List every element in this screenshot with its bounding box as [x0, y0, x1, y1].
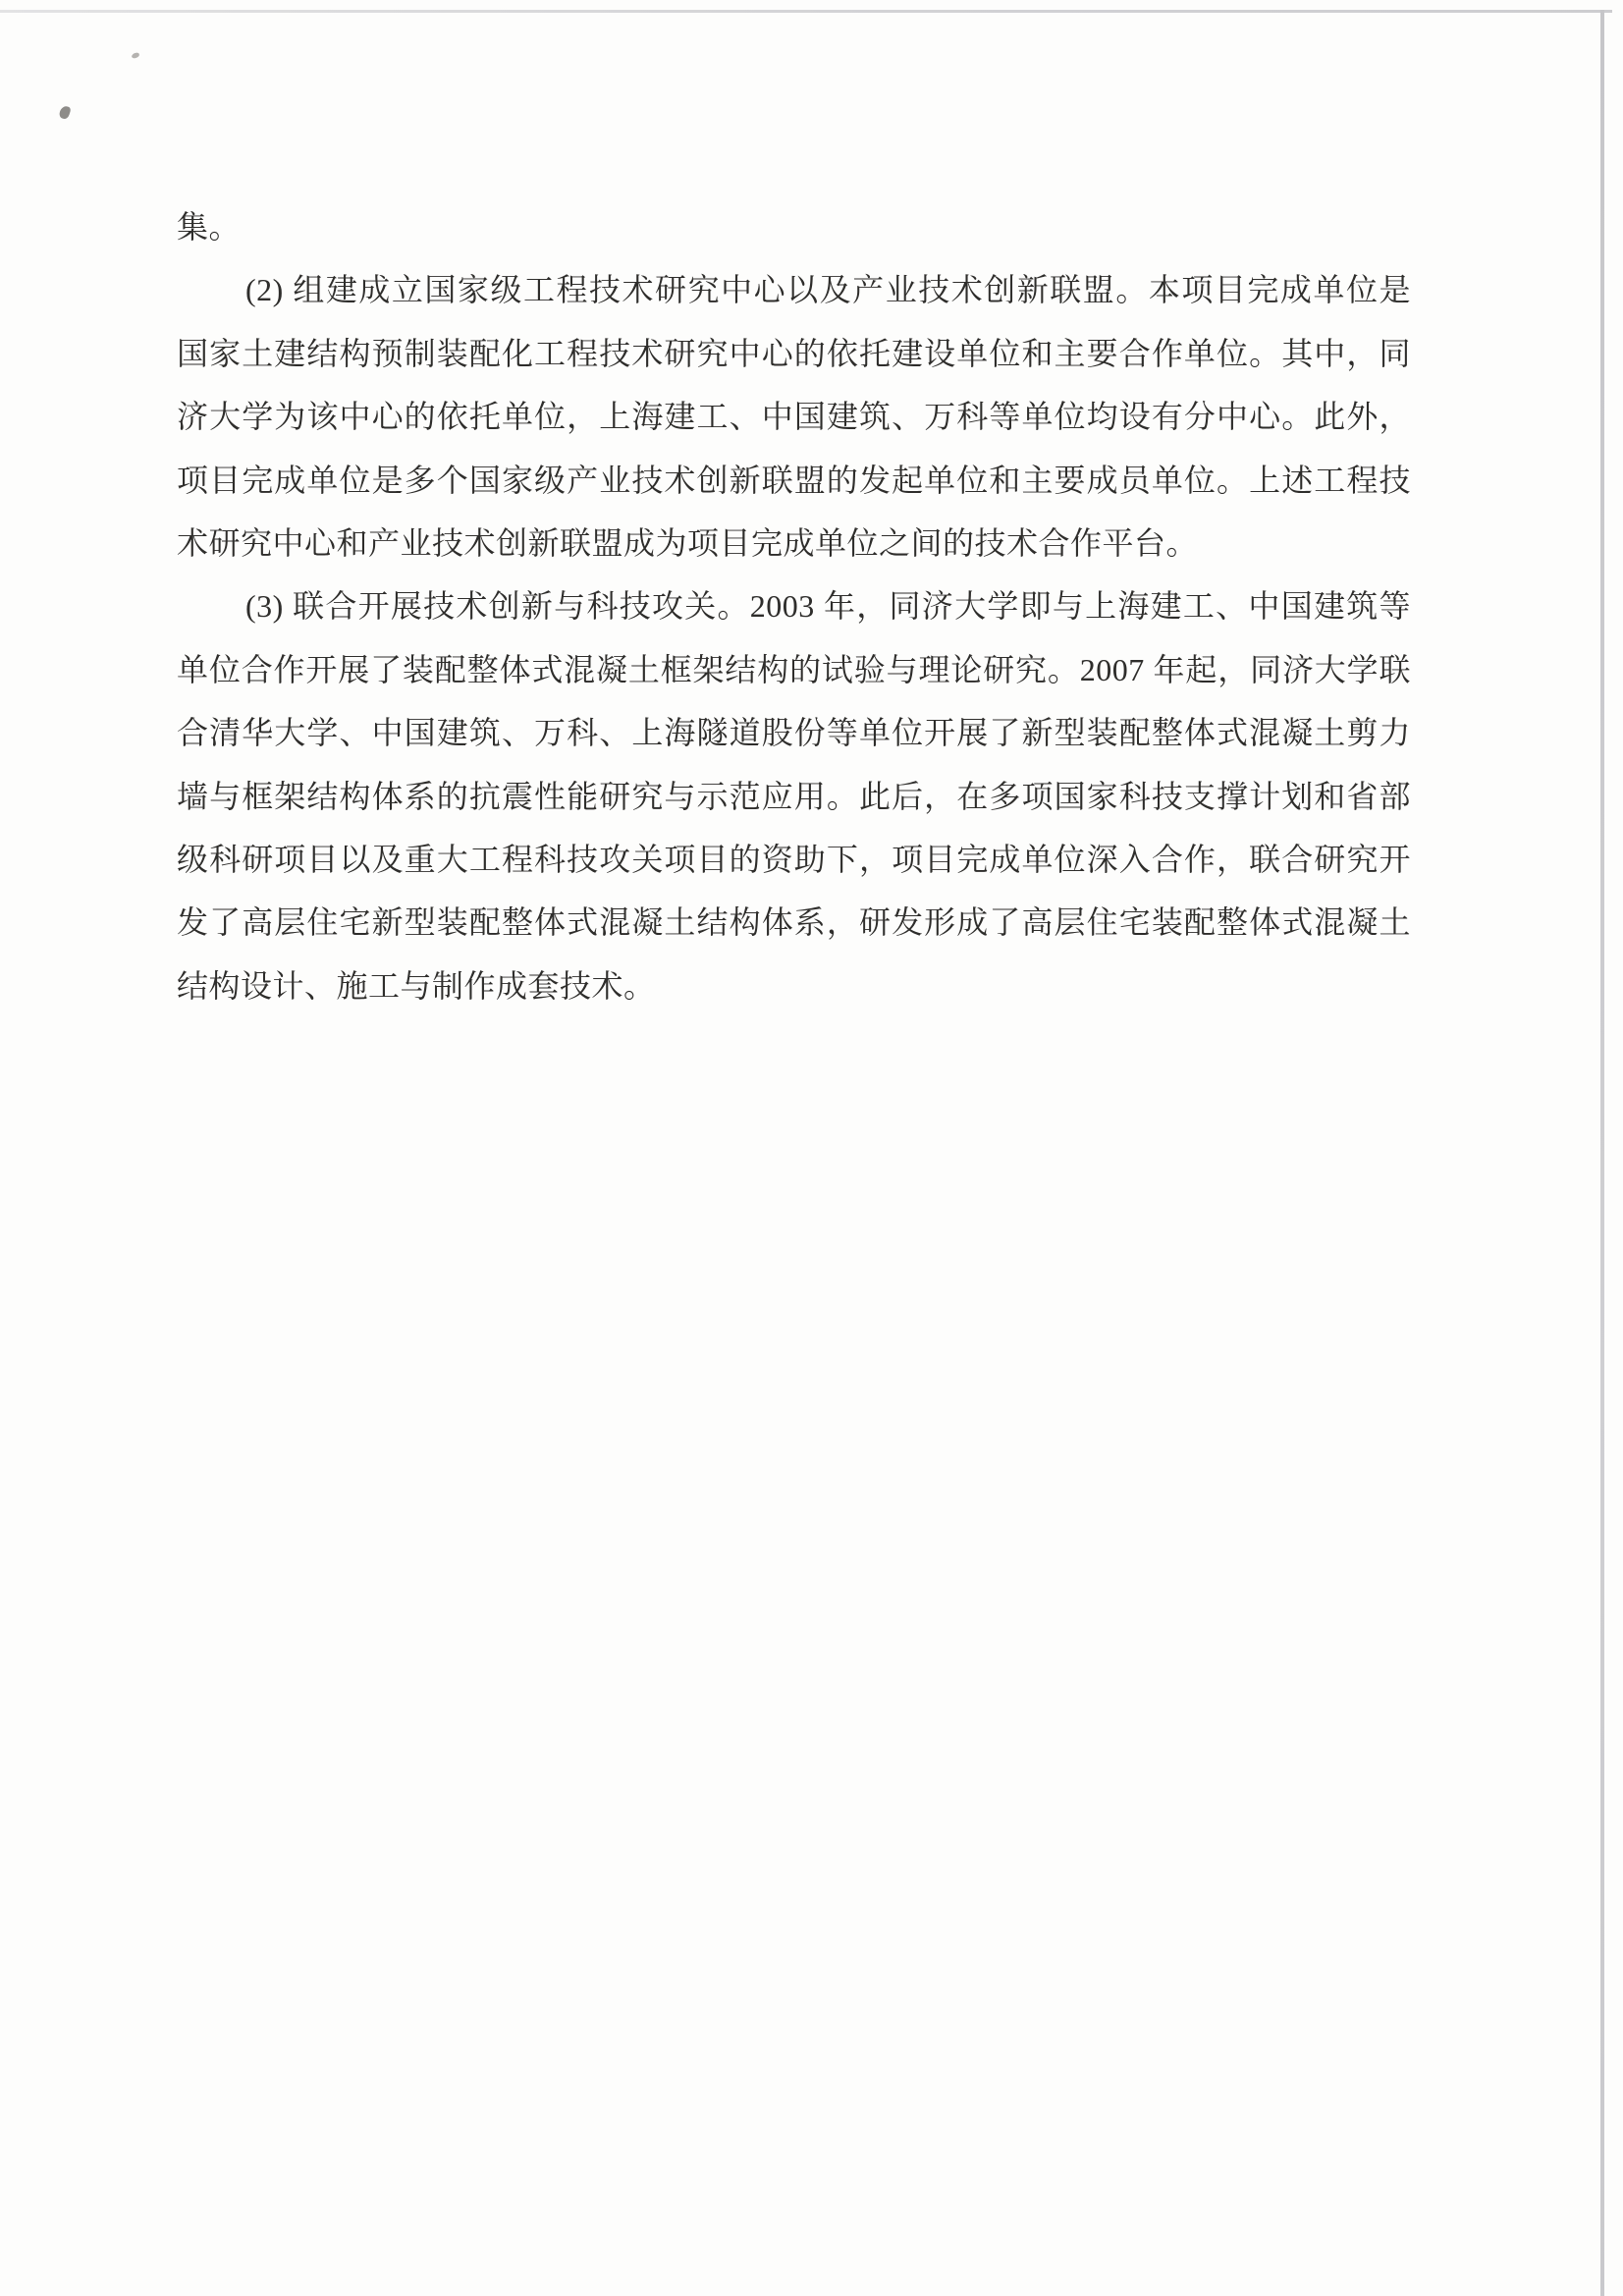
text-line: 合清华大学、中国建筑、万科、上海隧道股份等单位开展了新型装配整体式混凝土剪力: [177, 701, 1411, 764]
text-line: (3) 联合开展技术创新与科技攻关。2003 年，同济大学即与上海建工、中国建筑…: [177, 574, 1411, 637]
text-line: (2) 组建成立国家级工程技术研究中心以及产业技术创新联盟。本项目完成单位是: [177, 258, 1411, 321]
text-line: 术研究中心和产业技术创新联盟成为项目完成单位之间的技术合作平台。: [177, 512, 1411, 574]
text-line: 单位合作开展了装配整体式混凝土框架结构的试验与理论研究。2007 年起，同济大学…: [177, 638, 1411, 701]
text-line: 济大学为该中心的依托单位，上海建工、中国建筑、万科等单位均设有分中心。此外，: [177, 385, 1411, 448]
text-line: 发了高层住宅新型装配整体式混凝土结构体系，研发形成了高层住宅装配整体式混凝土: [177, 891, 1411, 954]
ink-speck: [131, 52, 139, 59]
text-line: 墙与框架结构体系的抗震性能研究与示范应用。此后，在多项国家科技支撑计划和省部: [177, 765, 1411, 828]
document-page: 集。 (2) 组建成立国家级工程技术研究中心以及产业技术创新联盟。本项目完成单位…: [0, 0, 1623, 2296]
body-text-block: 集。 (2) 组建成立国家级工程技术研究中心以及产业技术创新联盟。本项目完成单位…: [177, 195, 1411, 1017]
text-line: 集。: [177, 195, 1411, 258]
ink-speck: [58, 105, 72, 120]
scan-right-edge-line: [1600, 10, 1604, 2296]
text-line: 结构设计、施工与制作成套技术。: [177, 955, 1411, 1017]
text-line: 级科研项目以及重大工程科技攻关项目的资助下，项目完成单位深入合作，联合研究开: [177, 828, 1411, 891]
text-line: 项目完成单位是多个国家级产业技术创新联盟的发起单位和主要成员单位。上述工程技: [177, 449, 1411, 512]
text-line: 国家土建结构预制装配化工程技术研究中心的依托建设单位和主要合作单位。其中，同: [177, 322, 1411, 385]
scan-top-edge-line: [0, 10, 1612, 13]
